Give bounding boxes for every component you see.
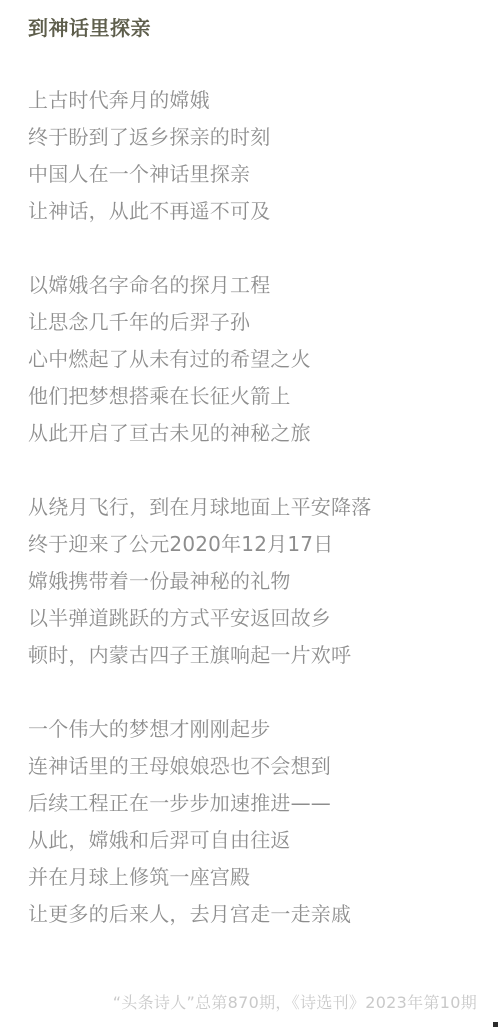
poem-stanza-4: 一个伟大的梦想才刚刚起步 连神话里的王母娘娘恐也不会想到 后续工程正在一步步加速… [28,711,371,933]
poem-line: 一个伟大的梦想才刚刚起步 [28,711,371,748]
poem-stanza-1: 上古时代奔月的嫦娥 终于盼到了返乡探亲的时刻 中国人在一个神话里探亲 让神话，从… [28,82,371,230]
poem-line: 顿时，内蒙古四子王旗响起一片欢呼 [28,637,371,674]
poem-line: 从此，嫦娥和后羿可自由往返 [28,822,371,859]
poem-title: 到神话里探亲 [28,12,151,41]
publication-credit: “头条诗人”总第870期，《诗选刊》2023年第10期 [113,990,477,1013]
poem-line: 连神话里的王母娘娘恐也不会想到 [28,748,371,785]
poem-line: 中国人在一个神话里探亲 [28,156,371,193]
poem-line: 从此开启了亘古未见的神秘之旅 [28,415,371,452]
corner-dot-artifact [493,1022,498,1027]
poem-line: 让更多的后来人，去月宫走一走亲戚 [28,896,371,933]
poem-line: 从绕月飞行，到在月球地面上平安降落 [28,489,371,526]
poem-line: 终于盼到了返乡探亲的时刻 [28,119,371,156]
poem-body: 上古时代奔月的嫦娥 终于盼到了返乡探亲的时刻 中国人在一个神话里探亲 让神话，从… [28,82,371,933]
poem-line: 他们把梦想搭乘在长征火箭上 [28,378,371,415]
poem-stanza-3: 从绕月飞行，到在月球地面上平安降落 终于迎来了公元2020年12月17日 嫦娥携… [28,489,371,674]
poem-line: 以半弹道跳跃的方式平安返回故乡 [28,600,371,637]
poem-line: 上古时代奔月的嫦娥 [28,82,371,119]
poem-line: 嫦娥携带着一份最神秘的礼物 [28,563,371,600]
poem-line: 终于迎来了公元2020年12月17日 [28,526,371,563]
poem-page: 到神话里探亲 上古时代奔月的嫦娥 终于盼到了返乡探亲的时刻 中国人在一个神话里探… [0,0,500,1031]
poem-stanza-2: 以嫦娥名字命名的探月工程 让思念几千年的后羿子孙 心中燃起了从未有过的希望之火 … [28,267,371,452]
poem-line: 以嫦娥名字命名的探月工程 [28,267,371,304]
poem-line: 后续工程正在一步步加速推进—— [28,785,371,822]
poem-line: 让神话，从此不再遥不可及 [28,193,371,230]
poem-line: 让思念几千年的后羿子孙 [28,304,371,341]
poem-line: 心中燃起了从未有过的希望之火 [28,341,371,378]
poem-line: 并在月球上修筑一座宫殿 [28,859,371,896]
